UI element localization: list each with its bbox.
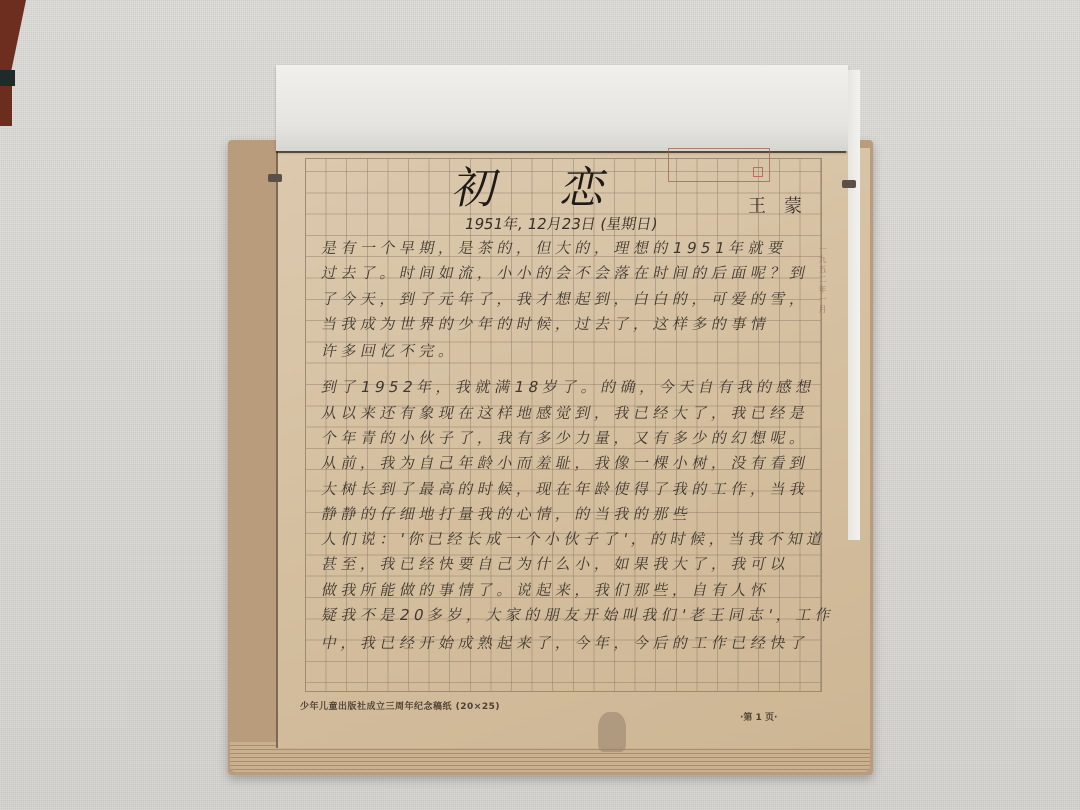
- handwritten-line: 到了1952年，我就满18岁了。的确，今天自有我的感想: [320, 376, 818, 397]
- handwritten-line: 许多回忆不完。: [320, 340, 461, 361]
- paper-imprint: 少年儿童出版社成立三周年纪念稿纸 (20×25): [300, 699, 500, 712]
- manuscript-title: 初恋: [448, 152, 678, 216]
- date-line: 1951年, 12月23日 (星期日): [463, 213, 659, 234]
- page-number: ·第 1 页·: [740, 710, 777, 723]
- binding-clip-left-icon: [268, 174, 282, 182]
- handwritten-line: 个年青的小伙子了，我有多少力量，又有多少的幻想呢。: [320, 427, 812, 448]
- handwritten-line: 疑我不是20多岁，大家的朋友开始叫我们'老王同志'，工作: [320, 604, 838, 625]
- handwritten-line: 了今天，到了元年了，我才想起到，白白的，可爱的雪，: [320, 288, 812, 309]
- handwritten-line: 是有一个早期，是茶的，但大的，理想的1951年就要: [320, 237, 790, 258]
- handwritten-line: 甚至，我已经快要自己为什么小，如果我大了，我可以: [320, 553, 792, 574]
- handwritten-line: 人们说：'你已经长成一个小伙子了'，的时候，当我不知道: [320, 528, 829, 549]
- side-margin-note: 一九五二年一月: [817, 245, 828, 315]
- handwritten-line: 从以来还有象现在这样地感觉到，我已经大了，我已经是: [320, 402, 812, 423]
- handwritten-line: 当我成为世界的少年的时候，过去了，这样多的事情: [320, 313, 773, 334]
- dark-frame-corner: [0, 70, 15, 86]
- handwritten-line: 过去了。时间如流，小小的会不会落在时间的后面呢？到: [320, 262, 812, 283]
- handwritten-line: 静静的仔细地打量我的心情，的当我的那些: [320, 503, 695, 524]
- red-frame-corner-lower: [0, 86, 12, 126]
- handwritten-line: 中，我已经开始成熟起来了，今年，今后的工作已经快了: [320, 632, 812, 653]
- handwritten-line: 做我所能做的事情了。说起来，我们那些，自有人怀: [320, 579, 773, 600]
- cover-sheet-right-edge: [848, 70, 860, 540]
- manuscript-author: 王蒙: [748, 192, 820, 218]
- archive-stamp: [668, 148, 770, 182]
- protective-cover-sheet: [276, 65, 848, 151]
- binding-clip-right-icon: [842, 180, 856, 188]
- paper-stain: [598, 712, 626, 752]
- handwritten-line: 从前，我为自己年龄小而羞耻，我像一棵小树，没有看到: [320, 452, 812, 473]
- handwritten-line: 大树长到了最高的时候，现在年龄使得了我的工作，当我: [320, 478, 812, 499]
